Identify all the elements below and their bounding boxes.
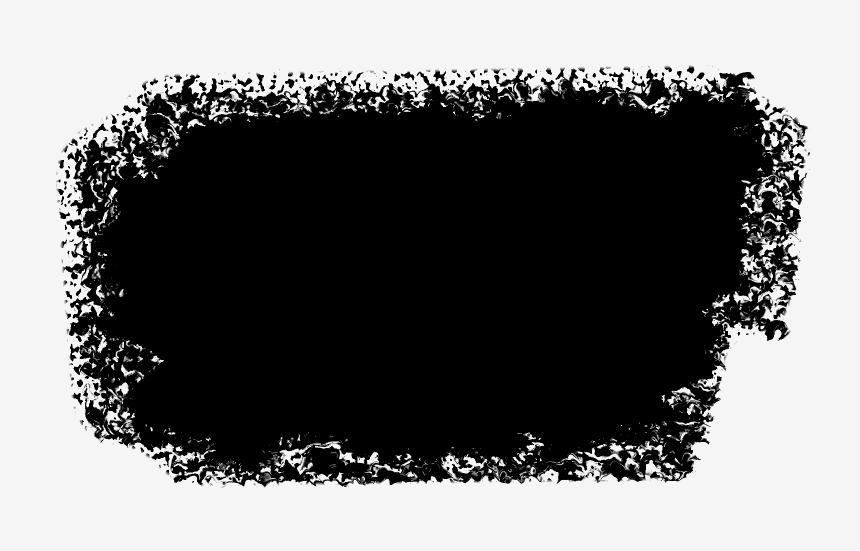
grunge-brush-stroke-image: [0, 0, 860, 551]
main-ink-mass: [96, 96, 755, 452]
grunge-stroke-canvas: [0, 0, 860, 551]
